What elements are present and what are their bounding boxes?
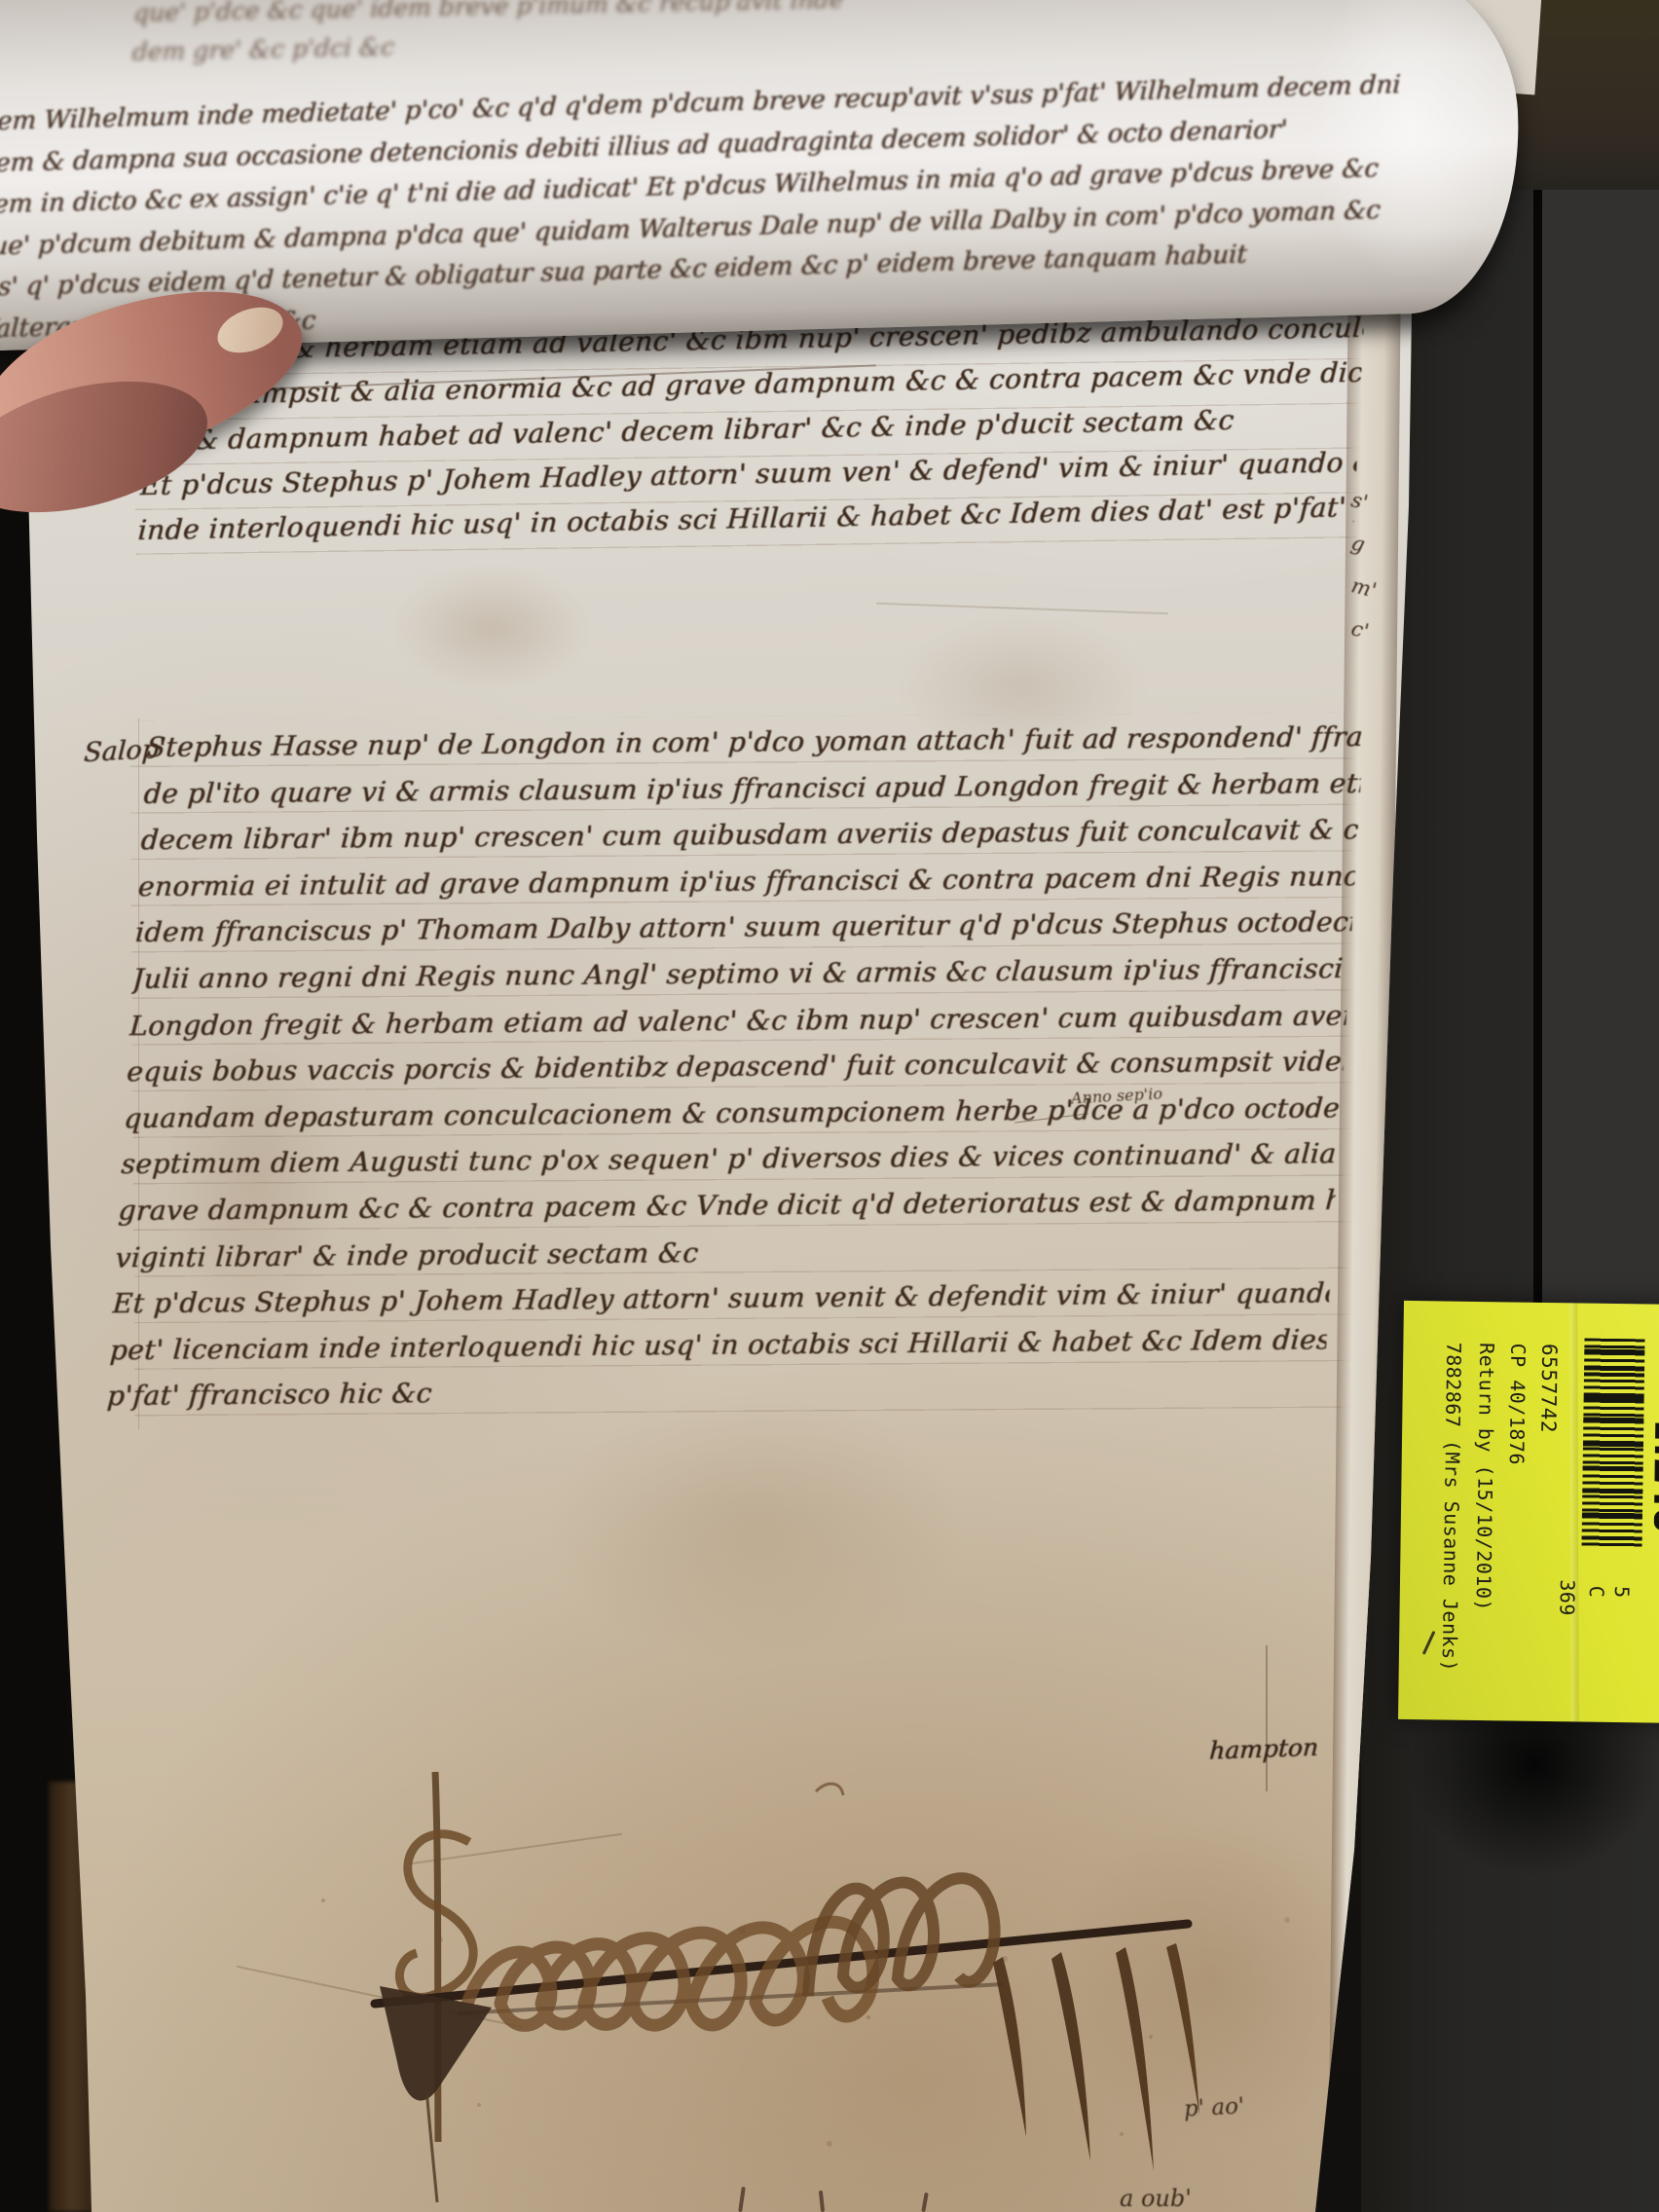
partial-printed-text <box>1654 1459 1659 1486</box>
slip-catalogue-reference: CP 40/1876 <box>1505 1343 1530 1465</box>
slip-item-number: 6557742 <box>1536 1344 1561 1433</box>
slip-seat-letter: C <box>1585 1586 1608 1599</box>
slip-seat-number: 369 <box>1556 1579 1580 1616</box>
slip-return-by: Return by (15/10/2010) <box>1472 1343 1499 1611</box>
parchment-crease <box>1266 1645 1268 1791</box>
partial-printed-text <box>1654 1511 1659 1530</box>
pen-flourish-signature <box>321 1752 1217 2210</box>
partial-printed-text <box>1655 1423 1659 1439</box>
roll-dorse-text: que' p'dce &c que' idem breve p'imum &c … <box>131 0 1389 72</box>
background-shelf-slot <box>1533 170 1659 1309</box>
document-request-slip: 6557742 CP 40/1876 Return by (15/10/2010… <box>1398 1301 1659 1723</box>
parchment-stain <box>389 565 594 691</box>
photograph-of-plea-roll: ton fregit & herbam etiam ad valenc' &c … <box>0 0 1659 2212</box>
place-note-hampton: hampton <box>1208 1733 1318 1765</box>
slip-reader: 7882867 (Mrs Susanne Jenks) <box>1438 1342 1466 1672</box>
fold-edge-mark: c' <box>1349 616 1387 647</box>
barcode <box>1581 1339 1644 1550</box>
main-entry-text: Stephus Hasse nup' de Longdon in com' p'… <box>105 714 1365 1419</box>
fold-edge-mark: m' <box>1349 573 1387 605</box>
pen-check-mark <box>1422 1631 1436 1655</box>
partial-printed-text <box>1654 1495 1659 1503</box>
partial-printed-text <box>1655 1447 1659 1454</box>
label-crease <box>1569 1303 1579 1721</box>
slip-seat-row: 5 <box>1610 1586 1634 1599</box>
fold-edge-mark: g <box>1349 531 1387 562</box>
